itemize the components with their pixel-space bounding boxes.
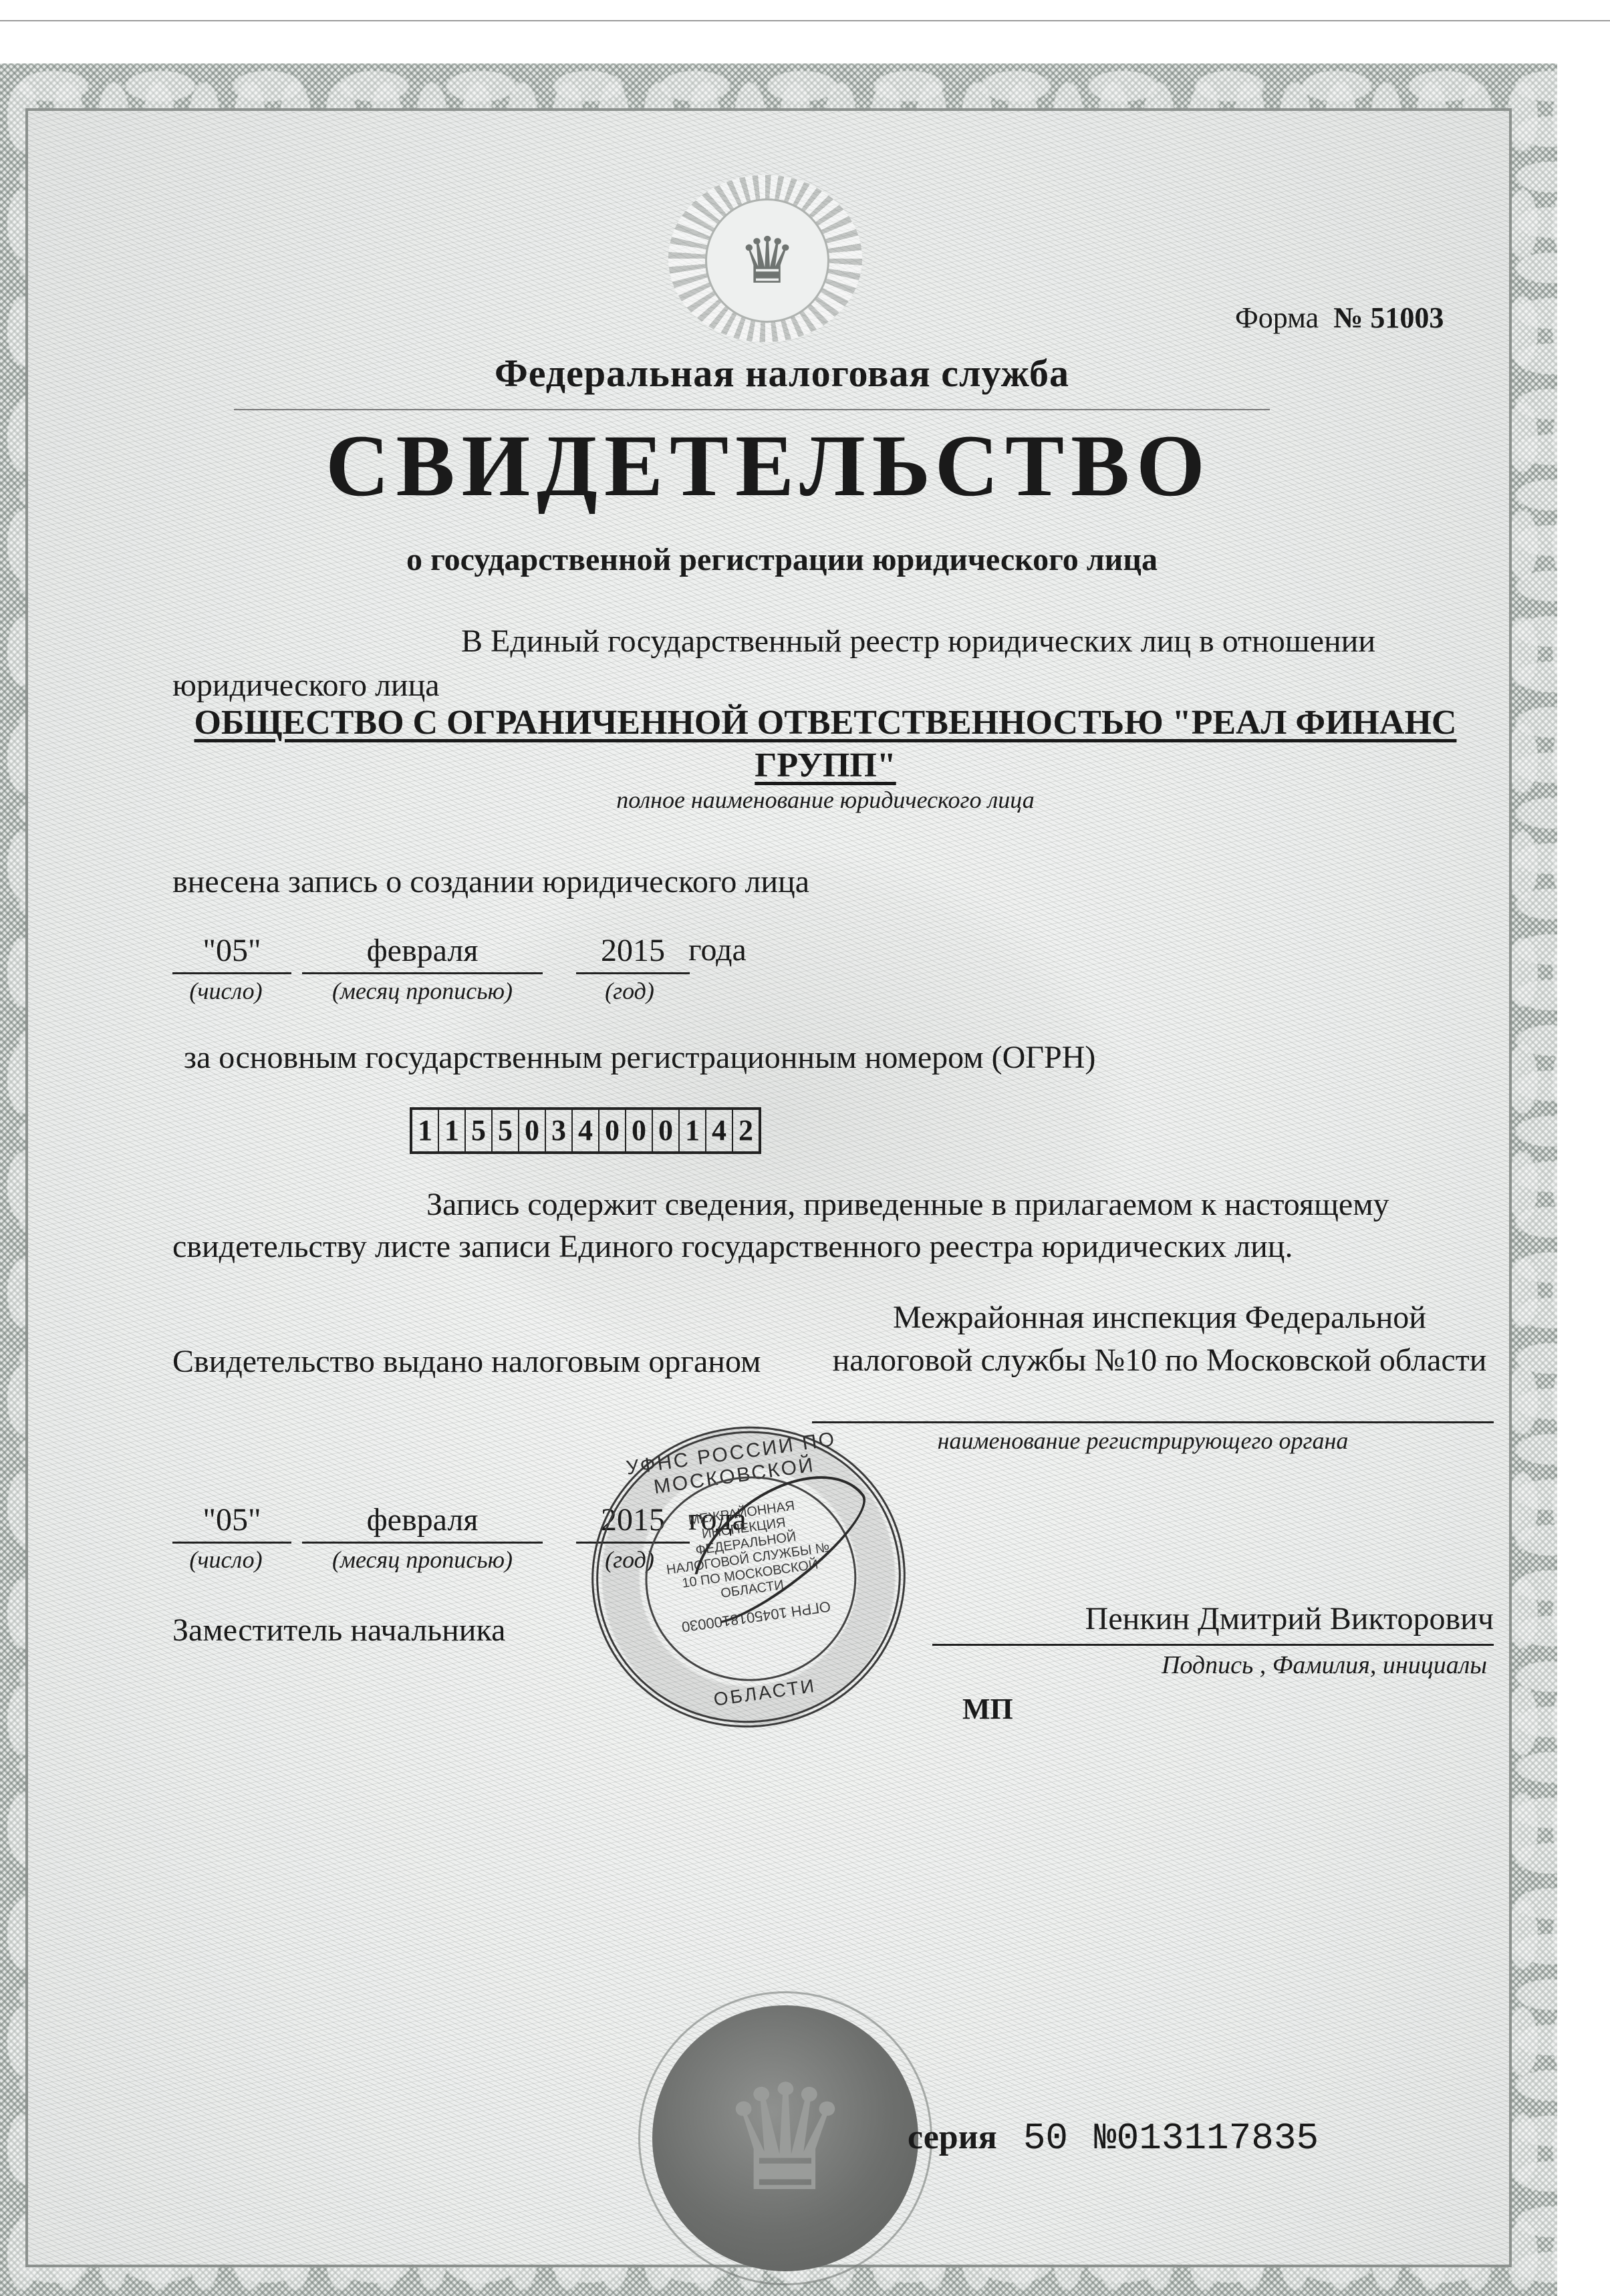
- series-value: 50: [1023, 2117, 1068, 2160]
- signature-caption: Подпись , Фамилия, инициалы: [932, 1651, 1487, 1680]
- form-label: Форма: [1235, 301, 1319, 334]
- certificate-series: серия 50 №013117835: [908, 2117, 1319, 2160]
- hologram-seal: ♛: [638, 1991, 932, 2285]
- creation-statement: внесена запись о создании юридического л…: [172, 863, 809, 900]
- creation-year-caption: (год): [576, 977, 683, 1005]
- intro-line-2: юридического лица: [172, 667, 440, 704]
- ogrn-number-grid: 1155034000142: [410, 1107, 761, 1154]
- creation-day-caption: (число): [172, 977, 279, 1005]
- scan-edge-line: [0, 20, 1610, 21]
- creation-year-suffix: года: [688, 931, 747, 968]
- issue-month: февраля: [302, 1501, 543, 1544]
- creation-day: "05": [172, 932, 291, 974]
- issue-day: "05": [172, 1501, 291, 1544]
- ogrn-label: за основным государственным регистрацион…: [184, 1039, 1095, 1076]
- company-name: ОБЩЕСТВО С ОГРАНИЧЕННОЙ ОТВЕТСТВЕННОСТЬЮ…: [160, 702, 1490, 787]
- form-number-value: № 51003: [1333, 301, 1444, 334]
- seal-mark: МП: [962, 1692, 1013, 1726]
- ogrn-digit: 0: [626, 1110, 653, 1151]
- double-headed-eagle-icon: ♛: [705, 198, 829, 323]
- certificate-subtitle: о государственной регистрации юридическо…: [0, 541, 1537, 578]
- issue-month-caption: (месяц прописью): [302, 1546, 543, 1574]
- coat-of-arms-emblem: ♛: [668, 175, 862, 342]
- authority-caption: наименование регистрирующего органа: [802, 1427, 1484, 1455]
- ogrn-digit: 4: [706, 1110, 733, 1151]
- ogrn-digit: 0: [599, 1110, 626, 1151]
- ogrn-digit: 1: [412, 1110, 439, 1151]
- ogrn-digit: 4: [573, 1110, 599, 1151]
- creation-month: февраля: [302, 932, 543, 974]
- ogrn-digit: 2: [733, 1110, 759, 1151]
- ogrn-digit: 3: [546, 1110, 573, 1151]
- signature-line: [932, 1644, 1494, 1646]
- record-line-2: свидетельству листе записи Единого госуд…: [172, 1228, 1293, 1265]
- intro-line-1: В Единый государственный реестр юридичес…: [461, 623, 1375, 660]
- ogrn-digit: 1: [439, 1110, 466, 1151]
- issue-day-caption: (число): [172, 1546, 279, 1574]
- hologram-eagle-icon: ♛: [652, 2005, 918, 2271]
- certificate-title: СВИДЕТЕЛЬСТВО: [0, 414, 1537, 517]
- series-number: №013117835: [1094, 2117, 1319, 2160]
- agency-divider: [234, 409, 1270, 410]
- ogrn-digit: 5: [493, 1110, 519, 1151]
- ogrn-digit: 0: [519, 1110, 546, 1151]
- issued-by-label: Свидетельство выдано налоговым органом: [172, 1343, 761, 1380]
- record-line-1: Запись содержит сведения, приведенные в …: [426, 1186, 1389, 1223]
- form-number: Форма № 51003: [1235, 301, 1444, 335]
- authority-underline: [812, 1421, 1494, 1423]
- ogrn-digit: 0: [653, 1110, 680, 1151]
- creation-year: 2015: [576, 932, 690, 974]
- signatory-name: Пенкин Дмитрий Викторович: [932, 1600, 1494, 1637]
- issuing-authority: Межрайонная инспекция Федеральной налого…: [822, 1296, 1497, 1382]
- ogrn-digit: 1: [680, 1110, 706, 1151]
- signatory-position: Заместитель начальника: [172, 1612, 505, 1648]
- company-name-value: ОБЩЕСТВО С ОГРАНИЧЕННОЙ ОТВЕТСТВЕННОСТЬЮ…: [194, 704, 1457, 784]
- ogrn-digit: 5: [466, 1110, 493, 1151]
- series-label: серия: [908, 2118, 997, 2156]
- company-name-caption: полное наименование юридического лица: [0, 786, 1610, 814]
- creation-month-caption: (месяц прописью): [302, 977, 543, 1005]
- agency-name: Федеральная налоговая служба: [0, 351, 1537, 396]
